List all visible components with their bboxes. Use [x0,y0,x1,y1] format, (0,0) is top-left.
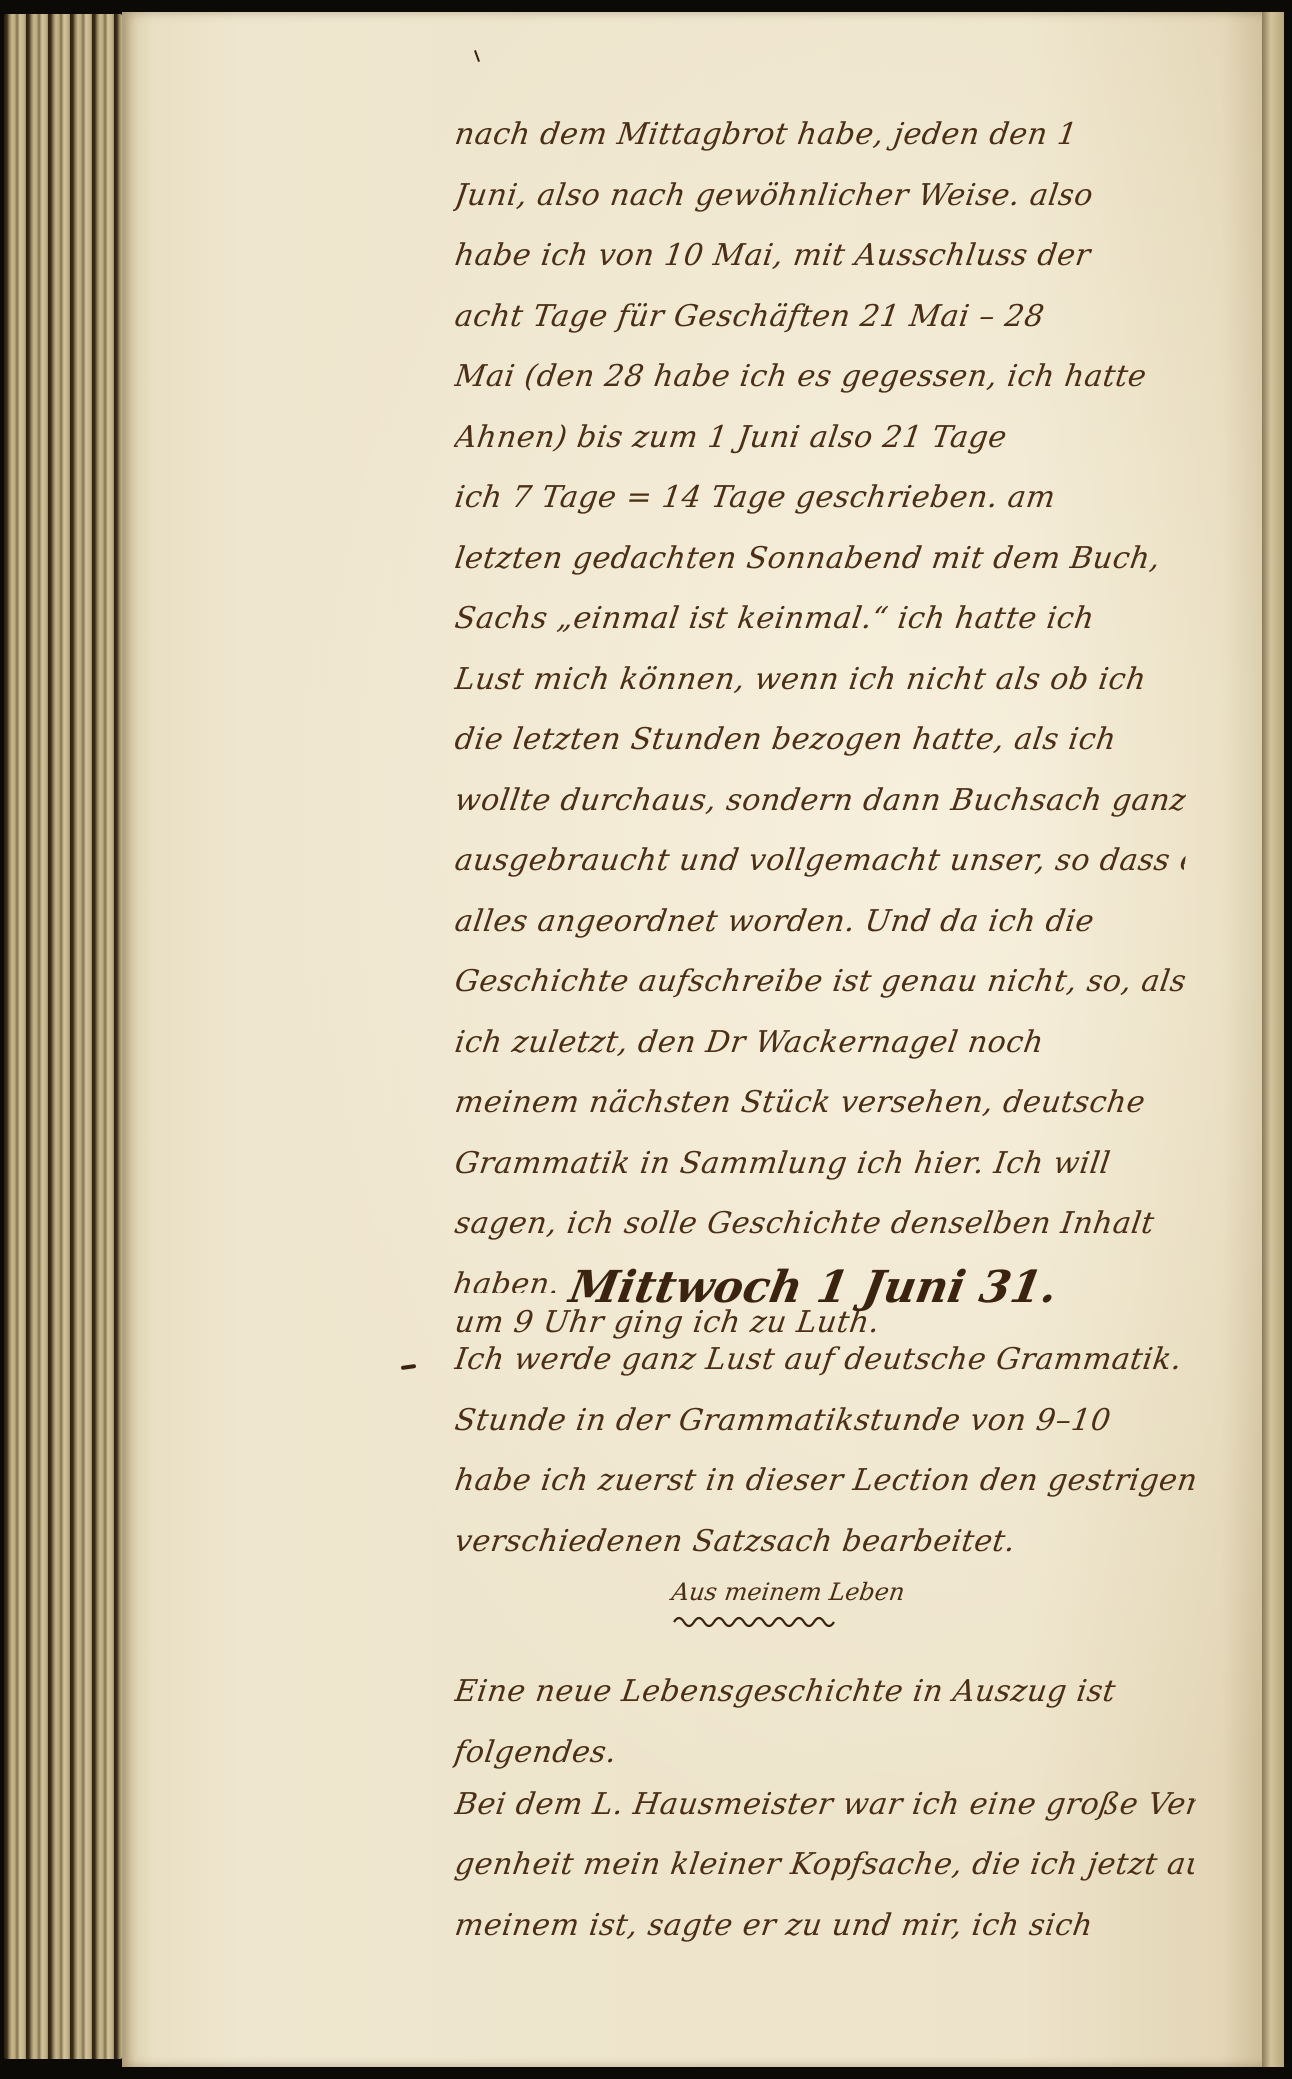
handwritten-line: habe ich zuerst in dieser Lection den ge… [451,1451,1200,1512]
handwritten-line: Eine neue Lebensgeschichte in Auszug ist [451,1662,1200,1723]
handwritten-line: genheit mein kleiner Kopfsache, die ich … [451,1835,1200,1896]
subsection-body: Eine neue Lebensgeschichte in Auszug ist… [455,1662,1195,1956]
entry-continued: nach dem Mittagbrot habe, jeden den 1 Ju… [455,105,1185,1353]
new-entry-body: Ich werde ganz Lust auf deutsche Grammat… [455,1330,1195,1572]
gutter-edge [1262,12,1284,2067]
handwritten-line: die letzten Stunden bezogen hatte, als i… [451,710,1190,771]
handwritten-line: nach dem Mittagbrot habe, jeden den 1 [451,105,1190,166]
handwritten-line: ich zuletzt, den Dr Wackernagel noch [451,1013,1190,1074]
underline-flourish [672,1612,842,1628]
handwritten-line: Ich werde ganz Lust auf deutsche Grammat… [451,1330,1200,1391]
handwritten-line: Mai (den 28 habe ich es gegessen, ich ha… [451,347,1190,408]
handwritten-line: habe ich von 10 Mai, mit Ausschluss der [451,226,1190,287]
scanned-book-spread: nach dem Mittagbrot habe, jeden den 1 Ju… [0,0,1292,2079]
handwritten-line: Juni, also nach gewöhnlicher Weise. also [451,166,1190,227]
handwritten-line: verschiedenen Satzsach bearbeitet. [451,1512,1200,1573]
handwritten-line: Lust mich können, wenn ich nicht als ob … [451,650,1190,711]
handwritten-line: folgendes. [451,1723,1198,1775]
handwritten-line: sagen, ich solle Geschichte denselben In… [451,1194,1190,1255]
handwritten-line: meinem ist, sagte er zu und mir, ich sic… [451,1896,1200,1957]
handwritten-line: meinem nächsten Stück versehen, deutsche [451,1073,1190,1134]
handwritten-line: acht Tage für Geschäften 21 Mai – 28 [451,287,1190,348]
subsection-heading: Aus meinem Leben [670,1578,907,1606]
handwritten-line: Sachs „einmal ist keinmal.“ ich hatte ic… [451,589,1190,650]
handwritten-line: Grammatik in Sammlung ich hier. Ich will [451,1134,1190,1195]
entry-date-heading: Mittwoch 1 Juni 31. [566,1262,1062,1313]
handwritten-line: alles angeordnet worden. Und da ich die [451,892,1190,953]
page-stack-edge [4,14,122,2059]
handwritten-line: Stunde in der Grammatikstunde von 9–10 [451,1391,1200,1452]
handwritten-line: ich 7 Tage = 14 Tage geschrieben. am [451,468,1190,529]
handwritten-line: ausgebraucht und vollgemacht unser, so d… [451,831,1190,892]
handwritten-line: wollte durchaus, sondern dann Buchsach g… [451,771,1190,832]
handwritten-line: Ahnen) bis zum 1 Juni also 21 Tage [451,408,1190,469]
handwritten-line: letzten gedachten Sonnabend mit dem Buch… [451,529,1190,590]
handwritten-line: Bei dem L. Hausmeister war ich eine groß… [451,1775,1200,1836]
handwritten-line: Geschichte aufschreibe ist genau nicht, … [451,952,1190,1013]
